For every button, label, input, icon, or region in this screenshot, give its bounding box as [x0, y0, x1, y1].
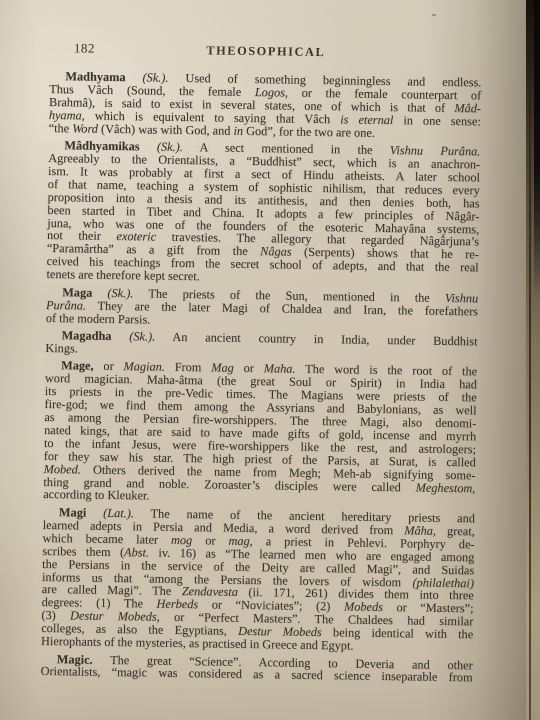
- page-edge-crease: [529, 0, 531, 720]
- dictionary-entry: Magadha (Sk.). An ancient country in Ind…: [45, 329, 477, 361]
- running-title: THEOSOPHICAL: [206, 43, 325, 60]
- printed-page: 182 THEOSOPHICAL Madhyama (Sk.). Used of…: [41, 40, 482, 685]
- dictionary-entry: Mage, or Magian. From Mag or Maha. The w…: [43, 359, 477, 507]
- dark-background-corner: [534, 0, 540, 300]
- dictionary-entry: Mâdhyamikas (Sk.). A sect mentioned in t…: [46, 139, 480, 287]
- page-number: 182: [74, 40, 95, 56]
- dictionary-entry: Magic. The great “Science”. According to…: [41, 652, 473, 684]
- dictionary-entry: Madhyama (Sk.). Used of something beginn…: [49, 70, 482, 141]
- page-header: 182 THEOSOPHICAL: [50, 40, 482, 61]
- dictionary-entry: Magi (Lat.). The name of the ancient her…: [41, 506, 475, 654]
- entries: Madhyama (Sk.). Used of something beginn…: [41, 70, 482, 685]
- dust-speck: [432, 14, 436, 16]
- book-page-photo: 182 THEOSOPHICAL Madhyama (Sk.). Used of…: [0, 0, 540, 720]
- dictionary-entry: Maga (Sk.). The priests of the Sun, ment…: [46, 286, 479, 331]
